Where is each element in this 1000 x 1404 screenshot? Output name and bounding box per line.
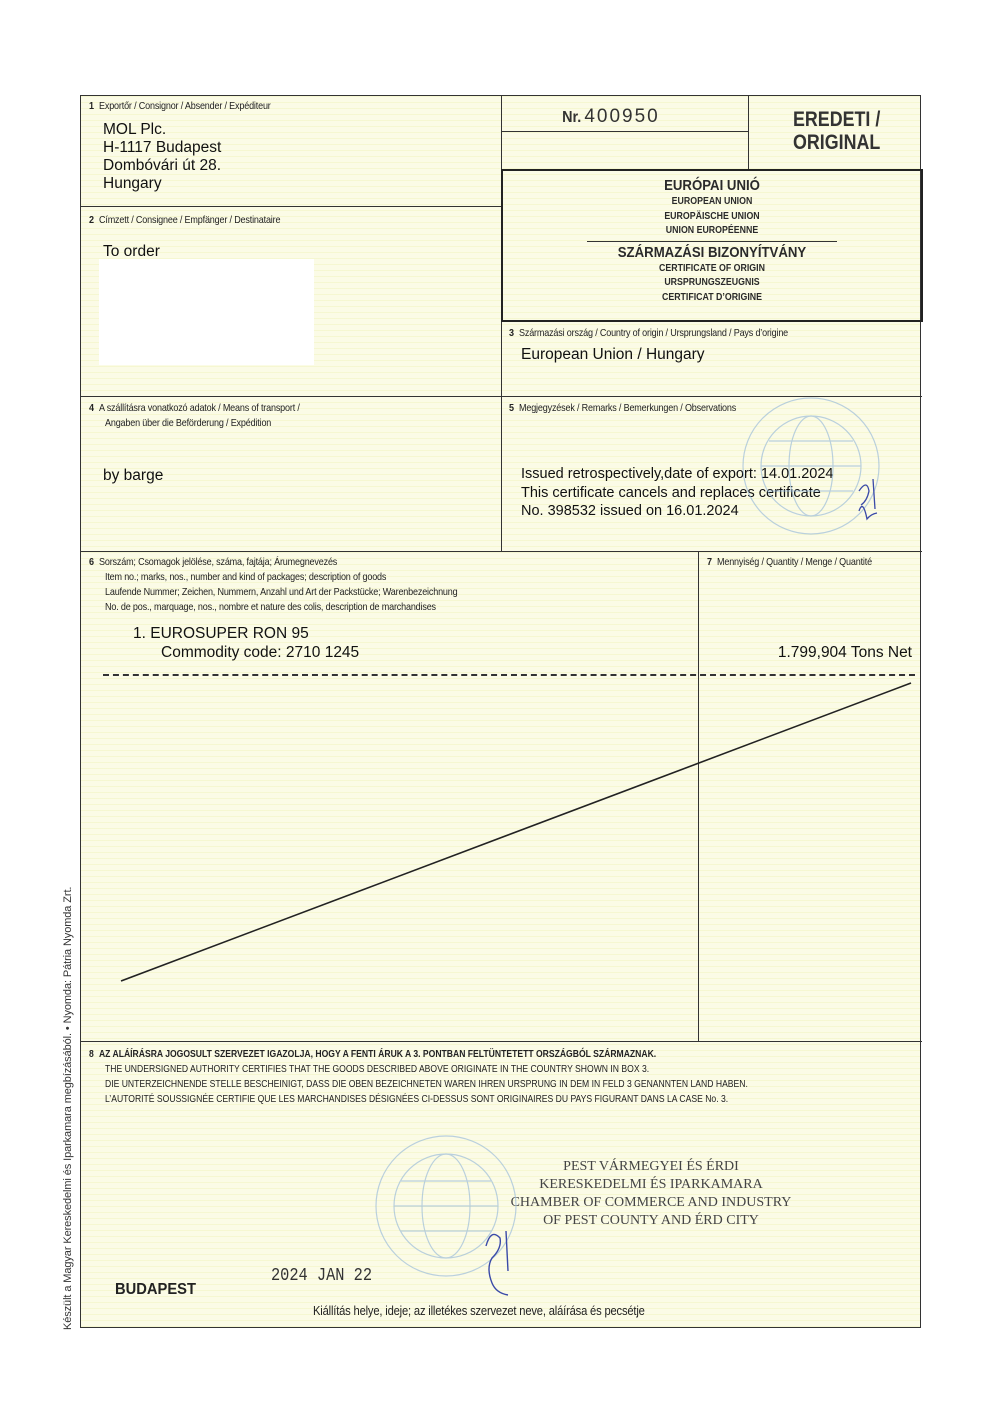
signature-icon — [859, 479, 877, 519]
date-stamp: 2024 JAN 22 — [271, 1266, 372, 1286]
eu-header-box: EURÓPAI UNIÓ EUROPEAN UNION EUROPÄISCHE … — [501, 169, 923, 322]
certification-hu-text: AZ ALÁÍRÁSRA JOGOSULT SZERVEZET IGAZOLJA… — [99, 1049, 656, 1060]
divider — [81, 396, 922, 397]
union-fr: UNION EUROPÉENNE — [528, 224, 896, 239]
box6-label-line: Item no.; marks, nos., number and kind o… — [105, 570, 386, 585]
exporter-country: Hungary — [103, 174, 162, 193]
box8-number: 8 — [89, 1049, 94, 1060]
remark-line: Issued retrospectively,date of export: 1… — [521, 465, 833, 484]
exporter-street: Dombóvári út 28. — [103, 156, 221, 175]
certificate-number: Nr.400950 — [561, 106, 660, 128]
box1-label-text: Exportőr / Consignor / Absender / Expédi… — [99, 100, 271, 112]
divider — [81, 551, 922, 552]
box3-number: 3 — [509, 327, 514, 339]
country-of-origin: European Union / Hungary — [521, 345, 705, 364]
box2-label-text: Címzett / Consignee / Empfänger / Destin… — [99, 214, 280, 226]
box5-label: 5Megjegyzések / Remarks / Bemerkungen / … — [509, 401, 736, 416]
union-en: EUROPEAN UNION — [528, 195, 896, 210]
dashed-separator — [103, 674, 915, 676]
box1-label: 1Exportőr / Consignor / Absender / Expéd… — [89, 99, 271, 114]
box6-label-line: Sorszám; Csomagok jelölése, száma, fajtá… — [99, 556, 337, 568]
number-value: 400950 — [584, 106, 659, 127]
box7-number: 7 — [707, 556, 712, 568]
exporter-city: H-1117 Budapest — [103, 138, 221, 157]
box4-label: 4A szállításra vonatkozó adatok / Means … — [89, 401, 300, 416]
chamber-stamp-text: PEST VÁRMEGYEI ÉS ÉRDI KERESKEDELMI ÉS I… — [506, 1158, 796, 1230]
divider — [698, 551, 699, 1041]
box6-label: 6Sorszám; Csomagok jelölése, száma, fajt… — [89, 555, 337, 570]
number-prefix: Nr. — [562, 109, 581, 127]
box3-label-text: Származási ország / Country of origin / … — [519, 327, 788, 339]
box4-number: 4 — [89, 402, 94, 414]
chamber-line: KERESKEDELMI ÉS IPARKAMARA — [506, 1176, 796, 1194]
certification-fr: L’AUTORITÉ SOUSSIGNÉE CERTIFIE QUE LES M… — [105, 1092, 728, 1107]
issue-footer-label: Kiállítás helye, ideje; az illetékes sze… — [313, 1303, 645, 1318]
box2-number: 2 — [89, 214, 94, 226]
divider — [81, 1041, 922, 1042]
signature-icon — [486, 1231, 508, 1295]
strike-through-line — [121, 683, 911, 981]
title-de: URSPRUNGSZEUGNIS — [528, 276, 896, 291]
goods-item: 1. EUROSUPER RON 95 — [133, 624, 309, 643]
box3-label: 3Származási ország / Country of origin /… — [509, 326, 788, 341]
commodity-code: Commodity code: 2710 1245 — [161, 643, 359, 662]
original-label: EREDETI / ORIGINAL — [793, 108, 880, 154]
redacted-area — [99, 259, 314, 365]
box7-label: 7Mennyiség / Quantity / Menge / Quantité — [707, 555, 872, 570]
divider — [748, 96, 749, 169]
remark-line: This certificate cancels and replaces ce… — [521, 484, 821, 503]
certification-hu: 8AZ ALÁÍRÁSRA JOGOSULT SZERVEZET IGAZOLJ… — [89, 1047, 656, 1062]
box5-number: 5 — [509, 402, 514, 414]
original-label-line2: ORIGINAL — [793, 131, 880, 154]
box5-label-text: Megjegyzések / Remarks / Bemerkungen / O… — [519, 402, 736, 414]
title-fr: CERTIFICAT D’ORIGINE — [528, 291, 896, 306]
box6-label-line: Laufende Nummer; Zeichen, Nummern, Anzah… — [105, 585, 457, 600]
box6-label-line: No. de pos., marquage, nos., nombre et n… — [105, 600, 436, 615]
means-of-transport: by barge — [103, 466, 163, 485]
original-label-line1: EREDETI / — [793, 108, 880, 131]
box6-number: 6 — [89, 556, 94, 568]
title-hu: SZÁRMAZÁSI BIZONYÍTVÁNY — [528, 244, 896, 262]
title-en: CERTIFICATE OF ORIGIN — [528, 262, 896, 277]
chamber-line: CHAMBER OF COMMERCE AND INDUSTRY — [506, 1194, 796, 1212]
certification-en: THE UNDERSIGNED AUTHORITY CERTIFIES THAT… — [105, 1062, 649, 1077]
header-rule — [587, 241, 837, 242]
box1-number: 1 — [89, 100, 94, 112]
certificate-form: Nr.400950 EREDETI / ORIGINAL EURÓPAI UNI… — [80, 95, 921, 1328]
chamber-line: OF PEST COUNTY AND ÉRD CITY — [506, 1212, 796, 1230]
quantity-value: 1.799,904 Tons Net — [778, 643, 912, 662]
box2-label: 2Címzett / Consignee / Empfänger / Desti… — [89, 213, 280, 228]
union-hu: EURÓPAI UNIÓ — [528, 177, 896, 195]
exporter-name: MOL Plc. — [103, 120, 166, 139]
printer-note: Készült a Magyar Kereskedelmi és Iparkam… — [62, 887, 74, 1330]
chamber-line: PEST VÁRMEGYEI ÉS ÉRDI — [506, 1158, 796, 1176]
box7-label-text: Mennyiség / Quantity / Menge / Quantité — [717, 556, 872, 568]
box4-label-line1: A szállításra vonatkozó adatok / Means o… — [99, 402, 300, 414]
certification-de: DIE UNTERZEICHNENDE STELLE BESCHEINIGT, … — [105, 1077, 748, 1092]
remark-line: No. 398532 issued on 16.01.2024 — [521, 502, 739, 521]
place-of-issue: BUDAPEST — [115, 1281, 196, 1299]
divider — [501, 96, 502, 551]
divider — [501, 131, 748, 132]
union-de: EUROPÄISCHE UNION — [528, 210, 896, 225]
box4-label-line2: Angaben über die Beförderung / Expéditio… — [105, 416, 271, 431]
chamber-seal-icon — [376, 1136, 516, 1276]
divider — [81, 206, 501, 207]
